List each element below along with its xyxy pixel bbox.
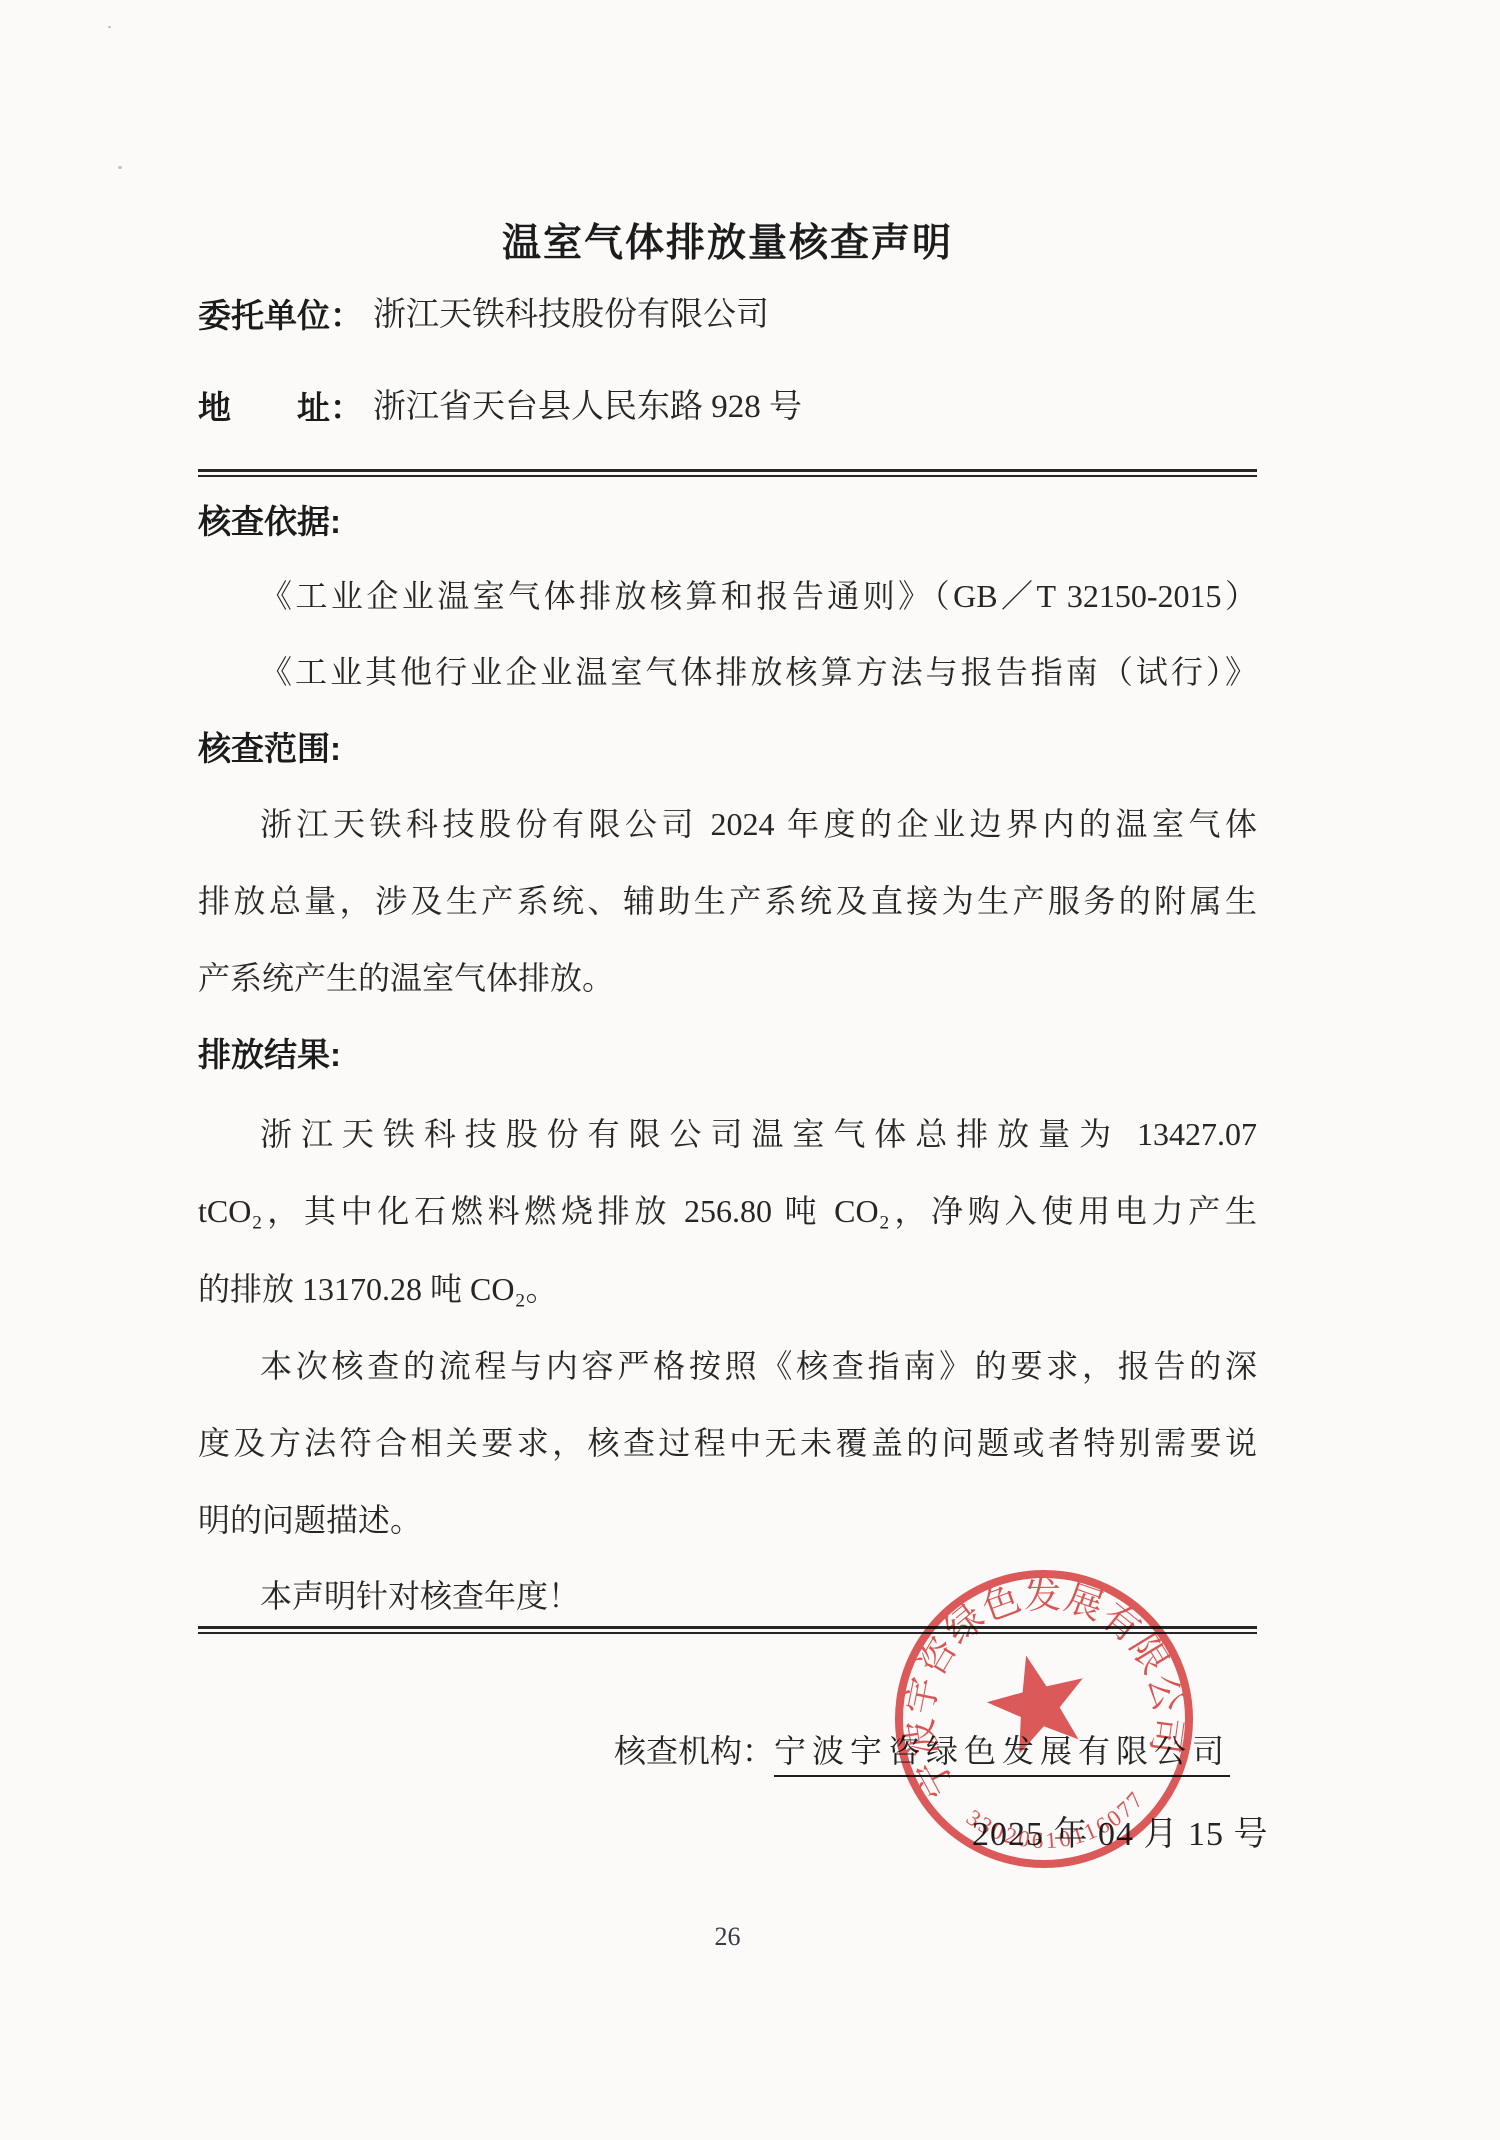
- document-title: 温室气体排放量核查声明: [198, 222, 1257, 267]
- address-row: 地 址 ： 浙江省天台县人民东路 928 号: [198, 388, 1257, 428]
- result-line: 的排放 13170.28 吨 CO₂。: [198, 1269, 1257, 1311]
- result-line: 本次核查的流程与内容严格按照《核查指南》的要求，报告的深: [198, 1346, 1257, 1388]
- agency-name: 宁波宇咨绿色发展有限公司: [774, 1733, 1230, 1777]
- scope-line: 浙江天铁科技股份有限公司 2024 年度的企业边界内的温室气体: [198, 804, 1257, 846]
- basis-heading: 核查依据:: [198, 503, 1257, 541]
- basis-item: 《工业其他行业企业温室气体排放核算方法与报告指南（试行）》: [198, 652, 1257, 694]
- divider-top: [198, 469, 1257, 477]
- address-label-char-left: 地: [198, 388, 231, 428]
- agency-row: 核查机构：宁波宇咨绿色发展有限公司: [614, 1731, 1230, 1771]
- address-colon: ：: [330, 388, 363, 428]
- result-heading: 排放结果:: [198, 1036, 1257, 1074]
- declaration-line: 本声明针对核查年度！: [198, 1576, 1257, 1618]
- result-line: tCO₂，其中化石燃料燃烧排放 256.80 吨 CO₂，净购入使用电力产生: [198, 1191, 1257, 1233]
- scope-heading: 核查范围:: [198, 730, 1257, 768]
- address-label-char-right: 址: [297, 388, 330, 428]
- result-line: 浙江天铁科技股份有限公司温室气体总排放量为 13427.07: [198, 1114, 1257, 1156]
- scope-line: 排放总量，涉及生产系统、辅助生产系统及直接为生产服务的附属生: [198, 881, 1257, 923]
- document-page: 温室气体排放量核查声明 委托单位： 浙江天铁科技股份有限公司 地 址 ： 浙江省…: [0, 0, 1500, 2140]
- divider-bottom: [198, 1626, 1257, 1634]
- scan-speck: [108, 26, 111, 28]
- basis-item: 《工业企业温室气体排放核算和报告通则》（GB／T 32150-2015）: [198, 576, 1257, 618]
- client-value: 浙江天铁科技股份有限公司: [373, 296, 769, 336]
- date-line: 2025 年 04 月 15 号: [972, 1806, 1269, 1855]
- client-row: 委托单位： 浙江天铁科技股份有限公司: [198, 296, 1257, 336]
- agency-label: 核查机构：: [614, 1733, 774, 1769]
- address-value: 浙江省天台县人民东路 928 号: [373, 388, 802, 428]
- page-number: 26: [198, 1922, 1257, 1952]
- result-line: 度及方法符合相关要求，核查过程中无未覆盖的问题或者特别需要说: [198, 1423, 1257, 1465]
- address-label: 地 址: [198, 388, 330, 428]
- scope-line: 产系统产生的温室气体排放。: [198, 958, 1257, 1000]
- scan-speck: [118, 166, 122, 169]
- result-line: 明的问题描述。: [198, 1500, 1257, 1542]
- client-label: 委托单位：: [198, 296, 363, 336]
